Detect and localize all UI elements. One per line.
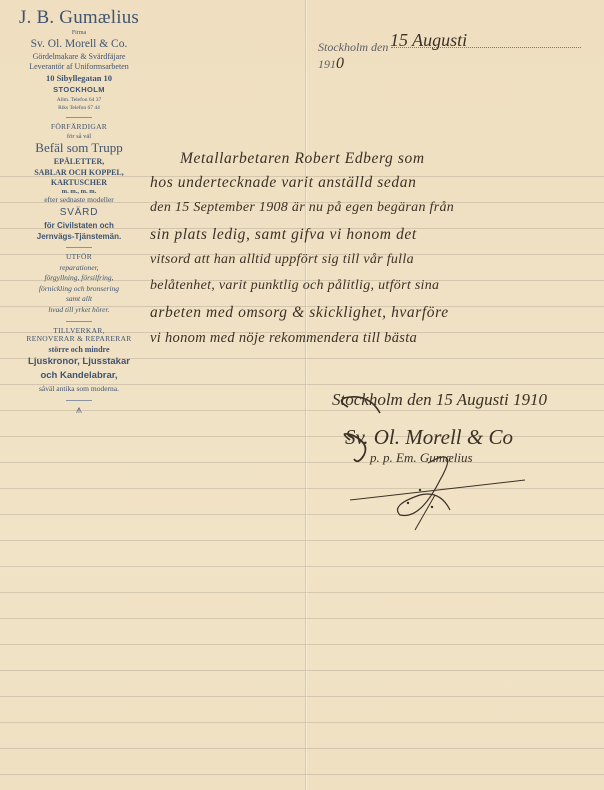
divider xyxy=(66,321,92,322)
product-line: Ljuskronor, Ljusstakar xyxy=(0,357,158,368)
product-item: m. m., m. m. xyxy=(0,188,158,195)
body-line: vi honom med nöje rekommendera till bäst… xyxy=(150,330,417,347)
letterhead-phone-riks: Riks Telefon 67 44 xyxy=(0,105,158,111)
section-sub: större och mindre xyxy=(0,345,158,354)
letterhead: J. B. Gumælius Firma Sv. Ol. Morell & Co… xyxy=(0,0,158,416)
service-line: förnickling och bronsering xyxy=(0,285,158,294)
signature-flourish-icon xyxy=(340,395,590,535)
for-railway: Jernvägs-Tjänstemän. xyxy=(0,232,158,241)
dateline-printed: Stockholm den xyxy=(318,40,388,54)
dateline-year-handwritten: 0 xyxy=(336,55,344,72)
service-line: hvad till yrket hörer. xyxy=(0,306,158,315)
letterhead-company: Sv. Ol. Morell & Co. xyxy=(0,38,158,51)
body-line: sin plats ledig, samt gifva vi honom det xyxy=(150,226,417,244)
product-line: och Kandelabrar, xyxy=(0,371,158,382)
section-heading: UTFÖR xyxy=(0,253,158,262)
service-line: reparationer, xyxy=(0,264,158,273)
for-civil: för Civilstaten och xyxy=(0,221,158,230)
sword-label: SVÄRD xyxy=(0,207,158,219)
body-line: vitsord att han alltid uppfört sig till … xyxy=(150,252,414,268)
letterhead-name: J. B. Gumælius xyxy=(0,7,158,29)
section-sub: för så väl xyxy=(0,133,158,140)
letterhead-supplier: Leverantör af Uniformsarbeten xyxy=(0,62,158,71)
dateline-handwritten: 15 Augusti xyxy=(390,30,467,51)
product-item: KARTUSCHER xyxy=(0,178,158,187)
product-item: EPÅLETTER, xyxy=(0,157,158,166)
body-line: arbeten med omsorg & skicklighet, hvarfö… xyxy=(150,304,449,322)
trademark-emblem-icon: ⩚ xyxy=(0,404,158,417)
divider xyxy=(66,247,92,248)
section-heading: RENOVERAR & REPARERAR xyxy=(0,335,158,344)
section-big: Befäl som Trupp xyxy=(0,141,158,156)
body-line: belåtenhet, varit punktlig och pålitlig,… xyxy=(150,278,439,294)
product-item: SABLAR OCH KOPPEL, xyxy=(0,168,158,177)
models-note: efter sednaste modeller xyxy=(0,196,158,205)
service-line: förgyllning, försilfring, xyxy=(0,274,158,283)
service-line: samt allt xyxy=(0,295,158,304)
body-line: den 15 September 1908 är nu på egen begä… xyxy=(150,200,454,216)
body-line: Metallarbetaren Robert Edberg som xyxy=(180,150,425,168)
divider xyxy=(66,117,92,118)
letterhead-address: 10 Sibyllegatan 10 xyxy=(0,74,158,84)
body-line: hos undertecknade varit anställd sedan xyxy=(150,174,416,192)
letterhead-firma-label: Firma xyxy=(0,30,158,37)
letterhead-trade: Gördelmakare & Svärdfäjare xyxy=(0,52,158,61)
divider xyxy=(66,400,92,401)
dateline-year-printed: 191 xyxy=(318,57,336,71)
section-heading: FÖRFÄRDIGAR xyxy=(0,123,158,132)
letterhead-phone-allm: Allm. Telefon 64 37 xyxy=(0,97,158,103)
product-note: såväl antika som moderna. xyxy=(0,385,158,394)
letterhead-city: STOCKHOLM xyxy=(0,86,158,95)
fold-crease xyxy=(305,0,306,790)
